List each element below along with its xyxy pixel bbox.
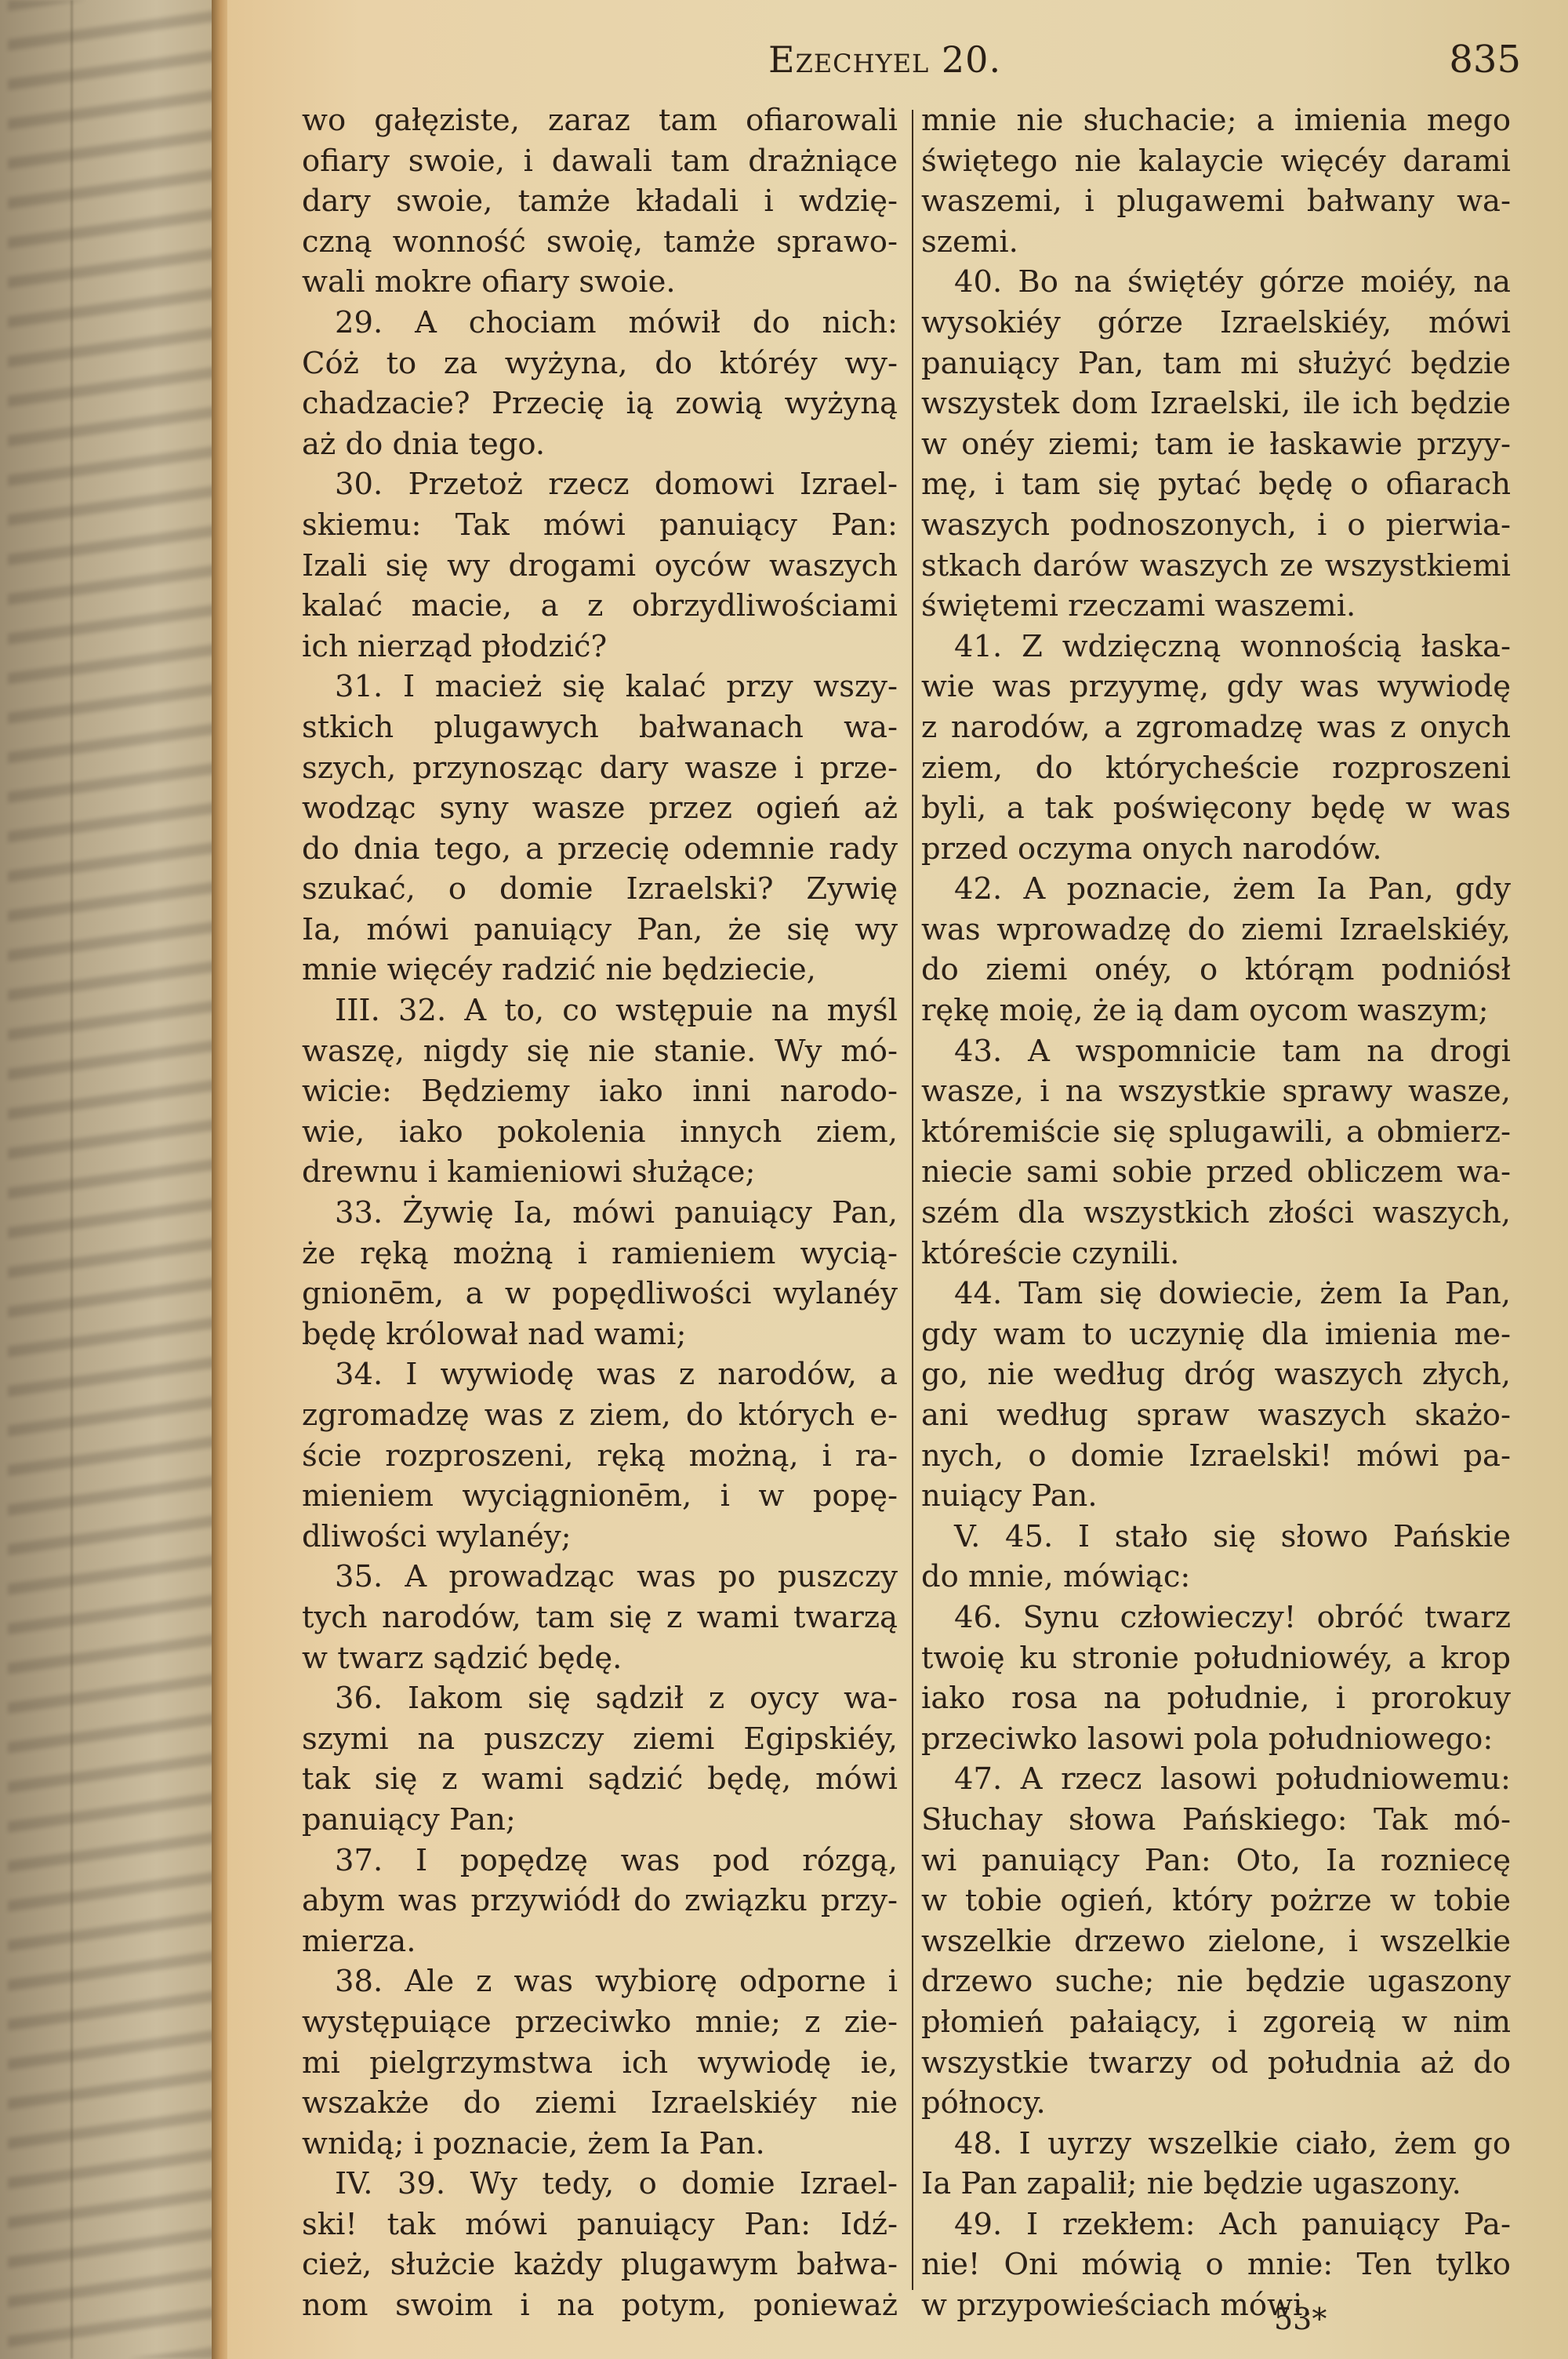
text-line: przed oczyma onych narodów.	[921, 829, 1511, 870]
text-line: mi pielgrzymstwa ich wywiodę ie,	[302, 2043, 898, 2084]
text-line: 41. Z wdzięczną wonnością łaska-	[921, 627, 1511, 667]
text-line: was wprowadzę do ziemi Izraelskiéy,	[921, 910, 1511, 951]
text-line: waszych podnoszonych, i o pierwia-	[921, 505, 1511, 546]
text-line: niecie sami sobie przed obliczem wa-	[921, 1152, 1511, 1193]
text-line: waszemi, i plugawemi bałwany wa-	[921, 181, 1511, 222]
text-line: występuiące przeciwko mnie; z zie-	[302, 2002, 898, 2043]
text-line: nych, o domie Izraelski! mówi pa-	[921, 1436, 1511, 1477]
running-head-title: Ezechyel 20.	[768, 38, 1001, 81]
text-line: mę, i tam się pytać będę o ofiarach	[921, 464, 1511, 505]
previous-page-column-rule	[71, 0, 73, 2359]
text-line: Ia Pan zapalił; nie będzie ugaszony.	[921, 2164, 1511, 2205]
text-line: ziem, do którycheście rozproszeni	[921, 748, 1511, 789]
text-line: szukać, o domie Izraelski? Zywię	[302, 869, 898, 910]
text-line: stkich plugawych bałwanach wa-	[302, 707, 898, 748]
text-line: szemi.	[921, 222, 1511, 263]
text-line: byli, a tak poświęcony będę w was	[921, 788, 1511, 829]
text-line: wali mokre ofiary swoie.	[302, 262, 898, 303]
text-line: IV. 39. Wy tedy, o domie Izrael-	[302, 2164, 898, 2205]
text-line: w przypowieściach mówi.	[921, 2285, 1511, 2326]
text-line: szych, przynosząc dary wasze i prze-	[302, 748, 898, 789]
previous-page-edge	[0, 0, 223, 2359]
text-line: 38. Ale z was wybiorę odporne i	[302, 1961, 898, 2002]
text-line: dary swoie, tamże kładali i wdzię-	[302, 181, 898, 222]
text-line: nie! Oni mówią o mnie: Ten tylko	[921, 2245, 1511, 2285]
text-line: V. 45. I stało się słowo Pańskie	[921, 1517, 1511, 1558]
text-line: zgromadzę was z ziem, do których e-	[302, 1395, 898, 1436]
text-line: Cóż to za wyżyna, do któréy wy-	[302, 343, 898, 384]
text-line: 40. Bo na świętéy górze moiéy, na	[921, 262, 1511, 303]
text-line: dliwości wylanéy;	[302, 1517, 898, 1558]
text-line: ście rozproszeni, ręką możną, i ra-	[302, 1436, 898, 1477]
text-line: z narodów, a zgromadzę was z onych	[921, 707, 1511, 748]
text-line: Słuchay słowa Pańskiego: Tak mó-	[921, 1800, 1511, 1841]
text-line: 36. Iakom się sądził z oycy wa-	[302, 1678, 898, 1719]
text-line: mnie nie słuchacie; a imienia mego	[921, 100, 1511, 141]
text-line: 29. A chociam mówił do nich:	[302, 303, 898, 343]
text-line: wszakże do ziemi Izraelskiéy nie	[302, 2083, 898, 2124]
text-line: w twarz sądzić będę.	[302, 1638, 898, 1679]
text-line: wodząc syny wasze przez ogień aż	[302, 788, 898, 829]
text-line: 48. I uyrzy wszelkie ciało, żem go	[921, 2124, 1511, 2165]
text-line: 42. A poznacie, żem Ia Pan, gdy	[921, 869, 1511, 910]
text-line: w onéy ziemi; tam ie łaskawie przyy-	[921, 424, 1511, 465]
text-line: tak się z wami sądzić będę, mówi	[302, 1759, 898, 1800]
text-line: wysokiéy górze Izraelskiéy, mówi	[921, 303, 1511, 343]
text-line: szém dla wszystkich złości waszych,	[921, 1193, 1511, 1234]
text-line: szymi na puszczy ziemi Egipskiéy,	[302, 1719, 898, 1760]
text-line: nom swoim i na potym, ponieważ	[302, 2285, 898, 2326]
text-line: że ręką możną i ramieniem wycią-	[302, 1234, 898, 1274]
text-line: drewnu i kamieniowi służące;	[302, 1152, 898, 1193]
text-line: 49. I rzekłem: Ach panuiący Pa-	[921, 2205, 1511, 2245]
text-line: do dnia tego, a przecię odemnie rady	[302, 829, 898, 870]
text-line: nuiący Pan.	[921, 1476, 1511, 1517]
previous-page-blurred-text	[8, 0, 220, 2359]
text-line: 43. A wspomnicie tam na drogi	[921, 1031, 1511, 1072]
text-line: wszystek dom Izraelski, ile ich będzie	[921, 383, 1511, 424]
text-line: 46. Synu człowieczy! obróć twarz	[921, 1598, 1511, 1638]
text-line: do ziemi onéy, o którąm podniósł	[921, 950, 1511, 990]
text-line: ski! tak mówi panuiący Pan: Idź-	[302, 2205, 898, 2245]
text-column-right: mnie nie słuchacie; a imienia megoświęte…	[921, 100, 1511, 2326]
text-line: mierza.	[302, 1921, 898, 1962]
text-line: iako rosa na południe, i prorokuy	[921, 1678, 1511, 1719]
text-line: 34. I wywiodę was z narodów, a	[302, 1354, 898, 1395]
text-line: go, nie według dróg waszych złych,	[921, 1354, 1511, 1395]
text-line: do mnie, mówiąc:	[921, 1557, 1511, 1598]
text-line: chadzacie? Przecię ią zowią wyżyną	[302, 383, 898, 424]
text-line: Izali się wy drogami oyców waszych	[302, 546, 898, 587]
text-line: któreście czynili.	[921, 1234, 1511, 1274]
text-line: panuiący Pan, tam mi służyć będzie	[921, 343, 1511, 384]
text-line: wicie: Będziemy iako inni narodo-	[302, 1071, 898, 1112]
text-line: Ia, mówi panuiący Pan, że się wy	[302, 910, 898, 951]
text-line: ani według spraw waszych skażo-	[921, 1395, 1511, 1436]
text-line: gnionēm, a w popędliwości wylanéy	[302, 1274, 898, 1314]
text-line: drzewo suche; nie będzie ugaszony	[921, 1961, 1511, 2002]
signature-mark: 53*	[1274, 2302, 1327, 2336]
text-line: III. 32. A to, co wstępuie na myśl	[302, 990, 898, 1031]
text-line: któremiście się splugawili, a obmierz-	[921, 1112, 1511, 1153]
book-page: Ezechyel 20. 835 wo gałęziste, zaraz tam…	[227, 0, 1568, 2359]
text-line: twoię ku stronie południowéy, a krop	[921, 1638, 1511, 1679]
text-line: płomień pałaiący, i zgoreią w nim	[921, 2002, 1511, 2043]
text-line: wie, iako pokolenia innych ziem,	[302, 1112, 898, 1153]
page-number: 835	[1449, 38, 1521, 82]
text-line: będę królował nad wami;	[302, 1314, 898, 1355]
text-line: ofiary swoie, i dawali tam drażniące	[302, 141, 898, 182]
text-line: wo gałęziste, zaraz tam ofiarowali	[302, 100, 898, 141]
text-line: stkach darów waszych ze wszystkiemi	[921, 546, 1511, 587]
text-line: aż do dnia tego.	[302, 424, 898, 465]
text-line: cież, służcie każdy plugawym bałwa-	[302, 2245, 898, 2285]
text-line: wie was przyymę, gdy was wywiodę	[921, 667, 1511, 707]
text-column-left: wo gałęziste, zaraz tam ofiarowaliofiary…	[302, 100, 898, 2326]
page-gutter-crease	[212, 0, 229, 2359]
text-line: wszystkie twarzy od południa aż do	[921, 2043, 1511, 2084]
text-line: gdy wam to uczynię dla imienia me-	[921, 1314, 1511, 1355]
running-head: Ezechyel 20. 835	[768, 38, 1521, 82]
text-line: 37. I popędzę was pod rózgą,	[302, 1841, 898, 1881]
text-line: kalać macie, a z obrzydliwościami	[302, 586, 898, 627]
text-line: czną wonność swoię, tamże sprawo-	[302, 222, 898, 263]
text-line: w tobie ogień, który pożrze w tobie	[921, 1881, 1511, 1921]
text-line: północy.	[921, 2083, 1511, 2124]
text-line: świętego nie kalaycie więcéy darami	[921, 141, 1511, 182]
text-line: wi panuiący Pan: Oto, Ia rozniecę	[921, 1841, 1511, 1881]
text-line: świętemi rzeczami waszemi.	[921, 586, 1511, 627]
text-line: mieniem wyciągnionēm, i w popę-	[302, 1476, 898, 1517]
text-line: wasze, i na wszystkie sprawy wasze,	[921, 1071, 1511, 1112]
text-line: abym was przywiódł do związku przy-	[302, 1881, 898, 1921]
text-line: waszę, nigdy się nie stanie. Wy mó-	[302, 1031, 898, 1072]
text-line: 44. Tam się dowiecie, żem Ia Pan,	[921, 1274, 1511, 1314]
text-line: mnie więcéy radzić nie będziecie,	[302, 950, 898, 990]
text-line: 33. Żywię Ia, mówi panuiący Pan,	[302, 1193, 898, 1234]
text-line: 47. A rzecz lasowi południowemu:	[921, 1759, 1511, 1800]
text-line: tych narodów, tam się z wami twarzą	[302, 1598, 898, 1638]
text-line: rękę moię, że ią dam oycom waszym;	[921, 990, 1511, 1031]
text-line: 30. Przetoż rzecz domowi Izrael-	[302, 464, 898, 505]
text-line: przeciwko lasowi pola południowego:	[921, 1719, 1511, 1760]
text-line: 31. I macież się kalać przy wszy-	[302, 667, 898, 707]
text-line: wszelkie drzewo zielone, i wszelkie	[921, 1921, 1511, 1962]
text-line: panuiący Pan;	[302, 1800, 898, 1841]
text-line: ich nierząd płodzić?	[302, 627, 898, 667]
column-divider-rule	[912, 110, 913, 2290]
text-line: 35. A prowadząc was po puszczy	[302, 1557, 898, 1598]
text-line: skiemu: Tak mówi panuiący Pan:	[302, 505, 898, 546]
text-line: wnidą; i poznacie, żem Ia Pan.	[302, 2124, 898, 2165]
